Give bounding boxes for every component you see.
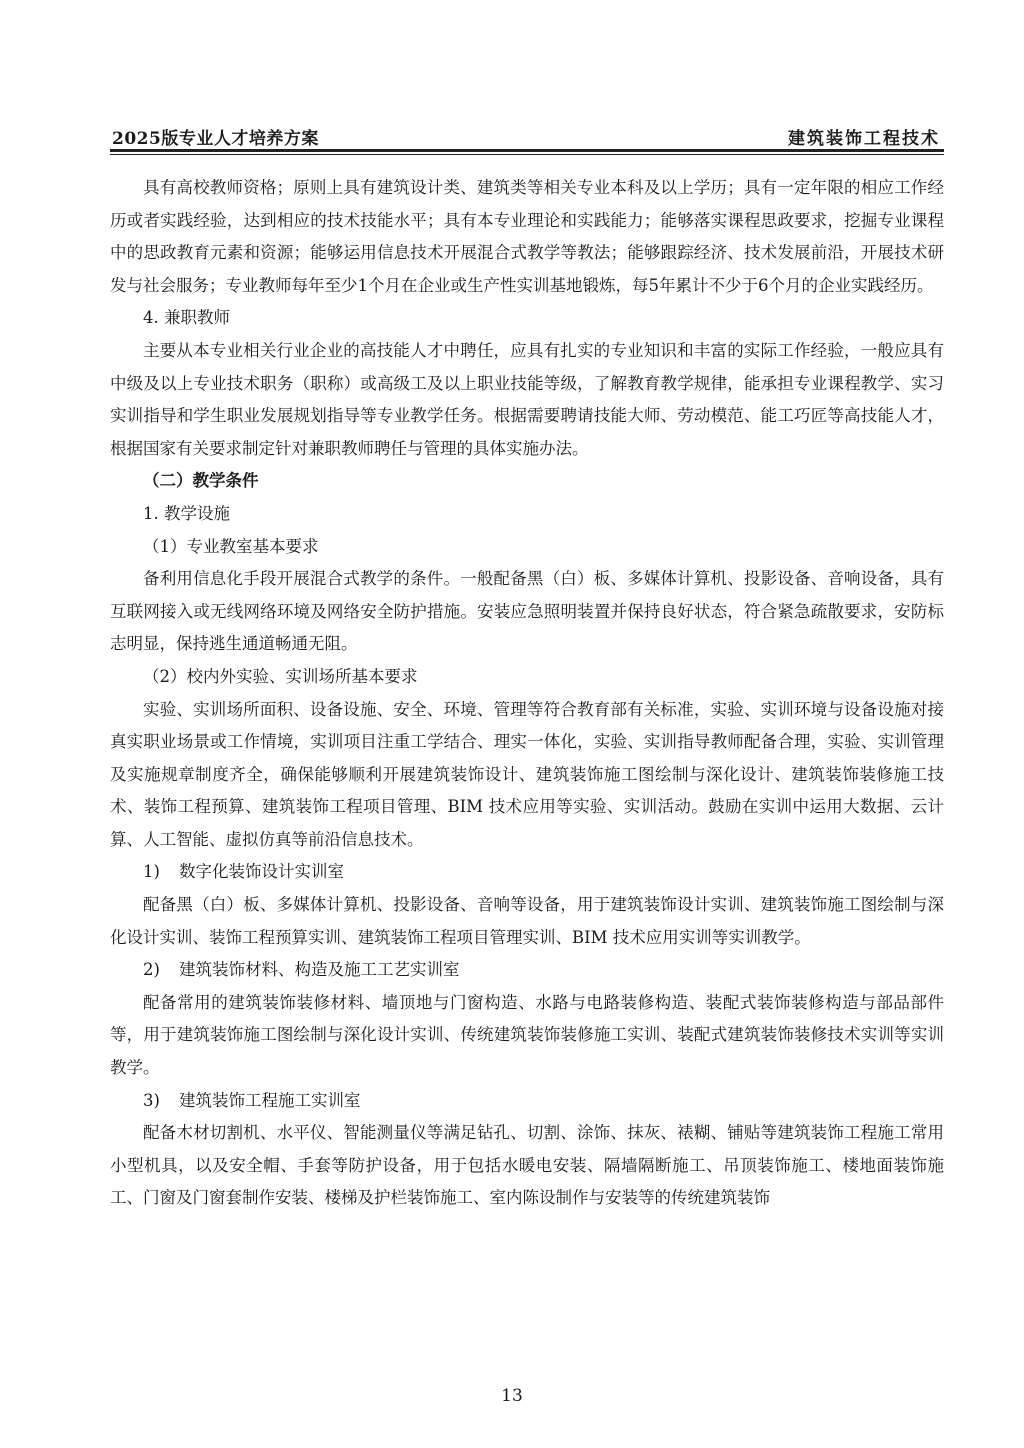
page-header: 2025版专业人才培养方案 建筑装饰工程技术	[110, 122, 944, 152]
list-number: 3)	[143, 1085, 179, 1118]
document-title: 2025版专业人才培养方案	[112, 124, 319, 149]
room-description: 配备常用的建筑装饰装修材料、墙顶地与门窗构造、水路与电路装修构造、装配式装饰装修…	[110, 987, 944, 1085]
heading-training-site-requirements: （2）校内外实验、实训场所基本要求	[110, 661, 944, 694]
room-heading-digital-design: 1)数字化装饰设计实训室	[110, 856, 944, 889]
room-title: 建筑装饰材料、构造及施工工艺实训室	[179, 960, 460, 979]
header-rule-thick	[110, 149, 944, 152]
room-title: 数字化装饰设计实训室	[179, 862, 344, 881]
header-rule-thin	[110, 154, 944, 155]
paragraph-part-time-teachers: 主要从本专业相关行业企业的高技能人才中聘任，应具有扎实的专业知识和丰富的实际工作…	[110, 335, 944, 465]
section-heading-teaching-conditions: （二）教学条件	[110, 465, 944, 498]
room-heading-materials-construction: 2)建筑装饰材料、构造及施工工艺实训室	[110, 954, 944, 987]
paragraph-classroom-requirements: 备利用信息化手段开展混合式教学的条件。一般配备黑（白）板、多媒体计算机、投影设备…	[110, 563, 944, 661]
room-title: 建筑装饰工程施工实训室	[179, 1091, 361, 1110]
paragraph-training-site-requirements: 实验、实训场所面积、设备设施、安全、环境、管理等符合教育部有关标准，实验、实训环…	[110, 694, 944, 857]
page-body: 具有高校教师资格；原则上具有建筑设计类、建筑类等相关专业本科及以上学历；具有一定…	[110, 172, 944, 1215]
page-number: 13	[0, 1386, 1024, 1406]
room-description: 配备黑（白）板、多媒体计算机、投影设备、音响等设备，用于建筑装饰设计实训、建筑装…	[110, 889, 944, 954]
program-name: 建筑装饰工程技术	[788, 124, 940, 149]
paragraph-teacher-qualifications: 具有高校教师资格；原则上具有建筑设计类、建筑类等相关专业本科及以上学历；具有一定…	[110, 172, 944, 302]
room-description: 配备木材切割机、水平仪、智能测量仪等满足钻孔、切割、涂饰、抹灰、裱糊、铺贴等建筑…	[110, 1117, 944, 1215]
room-heading-construction: 3)建筑装饰工程施工实训室	[110, 1085, 944, 1118]
list-number: 2)	[143, 954, 179, 987]
heading-classroom-requirements: （1）专业教室基本要求	[110, 531, 944, 564]
list-number: 1)	[143, 856, 179, 889]
heading-part-time-teachers: 4. 兼职教师	[110, 302, 944, 335]
heading-teaching-facilities: 1. 教学设施	[110, 498, 944, 531]
